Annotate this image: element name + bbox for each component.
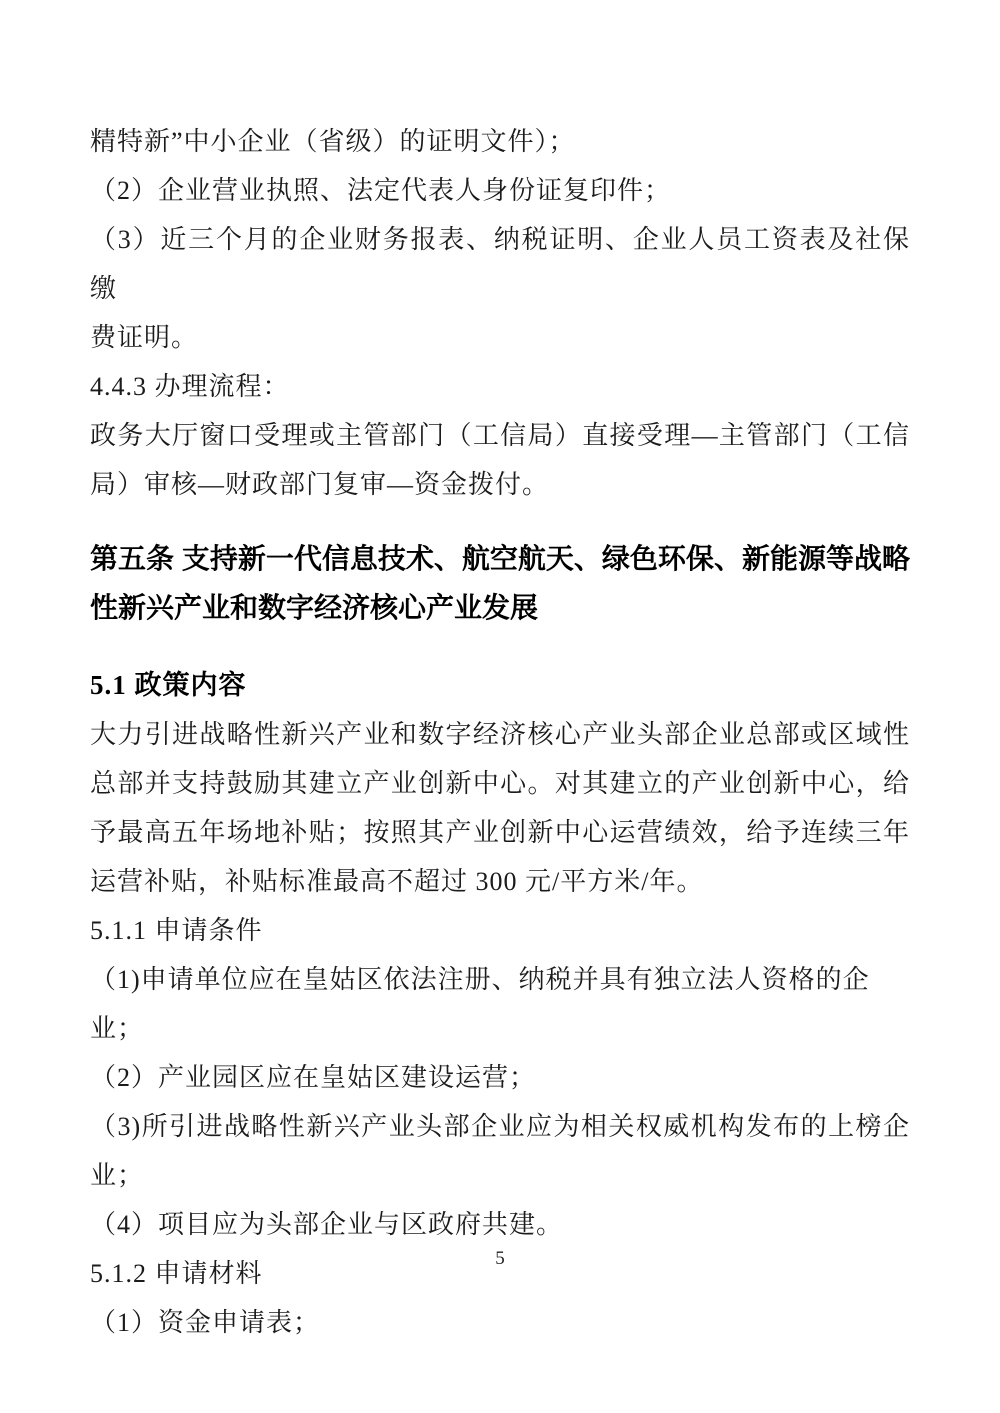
text-line: 5.1 政策内容 <box>90 661 910 710</box>
text-line: 予最高五年场地补贴；按照其产业创新中心运营绩效，给予连续三年 <box>90 808 910 857</box>
text-line: 精特新”中小企业（省级）的证明文件）； <box>90 117 910 166</box>
text-line: 性新兴产业和数字经济核心产业发展 <box>90 583 910 632</box>
text-line: 大力引进战略性新兴产业和数字经济核心产业头部企业总部或区域性 <box>90 710 910 759</box>
text-line: 运营补贴，补贴标准最高不超过 300 元/平方米/年。 <box>90 857 910 906</box>
paragraph: 4.4.3 办理流程： <box>90 362 910 411</box>
text-line: 第五条 支持新一代信息技术、航空航天、绿色环保、新能源等战略 <box>90 534 910 583</box>
text-line: （4）项目应为头部企业与区政府共建。 <box>90 1200 910 1249</box>
document-content: 精特新”中小企业（省级）的证明文件）；（2）企业营业执照、法定代表人身份证复印件… <box>90 117 910 1347</box>
text-line: 总部并支持鼓励其建立产业创新中心。对其建立的产业创新中心，给 <box>90 759 910 808</box>
text-line: （3)所引进战略性新兴产业头部企业应为相关权威机构发布的上榜企 <box>90 1102 910 1151</box>
paragraph: （2）产业园区应在皇姑区建设运营； <box>90 1053 910 1102</box>
text-line: 政务大厅窗口受理或主管部门（工信局）直接受理—主管部门（工信 <box>90 411 910 460</box>
paragraph: （4）项目应为头部企业与区政府共建。 <box>90 1200 910 1249</box>
page-number: 5 <box>0 1248 1000 1270</box>
text-line: 4.4.3 办理流程： <box>90 362 910 411</box>
document-page: 精特新”中小企业（省级）的证明文件）；（2）企业营业执照、法定代表人身份证复印件… <box>0 0 1000 1413</box>
text-line: 业； <box>90 1151 910 1200</box>
paragraph: （1)申请单位应在皇姑区依法注册、纳税并具有独立法人资格的企业； <box>90 955 910 1053</box>
text-line: 5.1.1 申请条件 <box>90 906 910 955</box>
paragraph: 精特新”中小企业（省级）的证明文件）； <box>90 117 910 166</box>
paragraph: 5.1.1 申请条件 <box>90 906 910 955</box>
paragraph: （3)所引进战略性新兴产业头部企业应为相关权威机构发布的上榜企业； <box>90 1102 910 1200</box>
paragraph: 大力引进战略性新兴产业和数字经济核心产业头部企业总部或区域性总部并支持鼓励其建立… <box>90 710 910 906</box>
text-line: 费证明。 <box>90 313 910 362</box>
text-line: （1）资金申请表； <box>90 1298 910 1347</box>
section-heading: 5.1 政策内容 <box>90 661 910 710</box>
text-line: （2）企业营业执照、法定代表人身份证复印件； <box>90 166 910 215</box>
text-line: （2）产业园区应在皇姑区建设运营； <box>90 1053 910 1102</box>
text-line: （1)申请单位应在皇姑区依法注册、纳税并具有独立法人资格的企业； <box>90 955 910 1053</box>
chapter-heading: 第五条 支持新一代信息技术、航空航天、绿色环保、新能源等战略性新兴产业和数字经济… <box>90 534 910 632</box>
paragraph: （3）近三个月的企业财务报表、纳税证明、企业人员工资表及社保缴费证明。 <box>90 215 910 362</box>
text-line: 局）审核—财政部门复审—资金拨付。 <box>90 460 910 509</box>
text-line: （3）近三个月的企业财务报表、纳税证明、企业人员工资表及社保缴 <box>90 215 910 313</box>
paragraph: 政务大厅窗口受理或主管部门（工信局）直接受理—主管部门（工信局）审核—财政部门复… <box>90 411 910 509</box>
paragraph: （1）资金申请表； <box>90 1298 910 1347</box>
paragraph: （2）企业营业执照、法定代表人身份证复印件； <box>90 166 910 215</box>
